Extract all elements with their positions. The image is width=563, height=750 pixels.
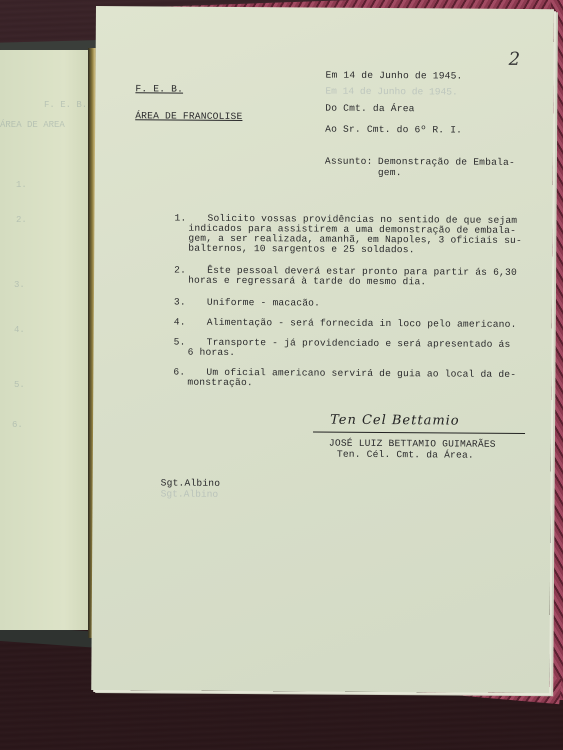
left-page: F. E. B. ÁREA DE AREA 1. 2. 3. 4. 5. 6.	[0, 50, 92, 630]
page-number: 2	[509, 49, 521, 70]
from-line: Do Cmt. da Área	[325, 103, 414, 115]
item-number: 2.	[174, 265, 186, 276]
signatory-title: Ten. Cél. Cmt. da Área.	[337, 449, 474, 461]
handwritten-signature: Ten Cel Bettamio	[330, 413, 460, 429]
item-2-line: horas e regressará à tarde do mesmo dia.	[188, 275, 426, 288]
left-ghost-text: ÁREA DE AREA	[0, 120, 65, 130]
item-3-line: Uniforme - macacão.	[207, 297, 320, 309]
left-ghost-text: 6.	[12, 420, 23, 430]
to-line: Ao Sr. Cmt. do 6º R. I.	[325, 124, 462, 136]
left-ghost-text: 2.	[16, 215, 27, 225]
item-number: 6.	[173, 367, 185, 378]
left-ghost-text: 1.	[16, 180, 27, 190]
header-feb: F. E. B.	[135, 83, 183, 94]
item-6-line: monstração.	[187, 377, 253, 388]
item-number: 4.	[174, 317, 186, 328]
signature-line	[313, 432, 525, 434]
item-5-line: Transporte - já providenciado e será apr…	[207, 337, 511, 350]
left-ghost-text: 4.	[14, 325, 25, 335]
left-ghost-text: 3.	[14, 280, 25, 290]
document-date: Em 14 de Junho de 1945.	[325, 70, 462, 82]
left-ghost-text: F. E. B.	[44, 100, 87, 110]
item-1-line: balternos, 10 sargentos e 25 soldados.	[188, 243, 414, 256]
item-number: 1.	[174, 213, 186, 224]
left-ghost-text: 5.	[14, 380, 25, 390]
item-5-line: 6 horas.	[188, 347, 236, 358]
document-page: 2 F. E. B. ÁREA DE FRANCOLISE Em 14 de J…	[91, 6, 554, 693]
typist-initials: Sgt.Albino	[161, 477, 221, 488]
header-area: ÁREA DE FRANCOLISE	[135, 110, 242, 122]
item-4-line: Alimentação - será fornecida in loco pel…	[207, 317, 517, 330]
subject-line2: gem.	[378, 167, 402, 178]
item-number: 5.	[174, 337, 186, 348]
item-number: 3.	[174, 297, 186, 308]
subject-label: Assunto:	[325, 156, 373, 167]
